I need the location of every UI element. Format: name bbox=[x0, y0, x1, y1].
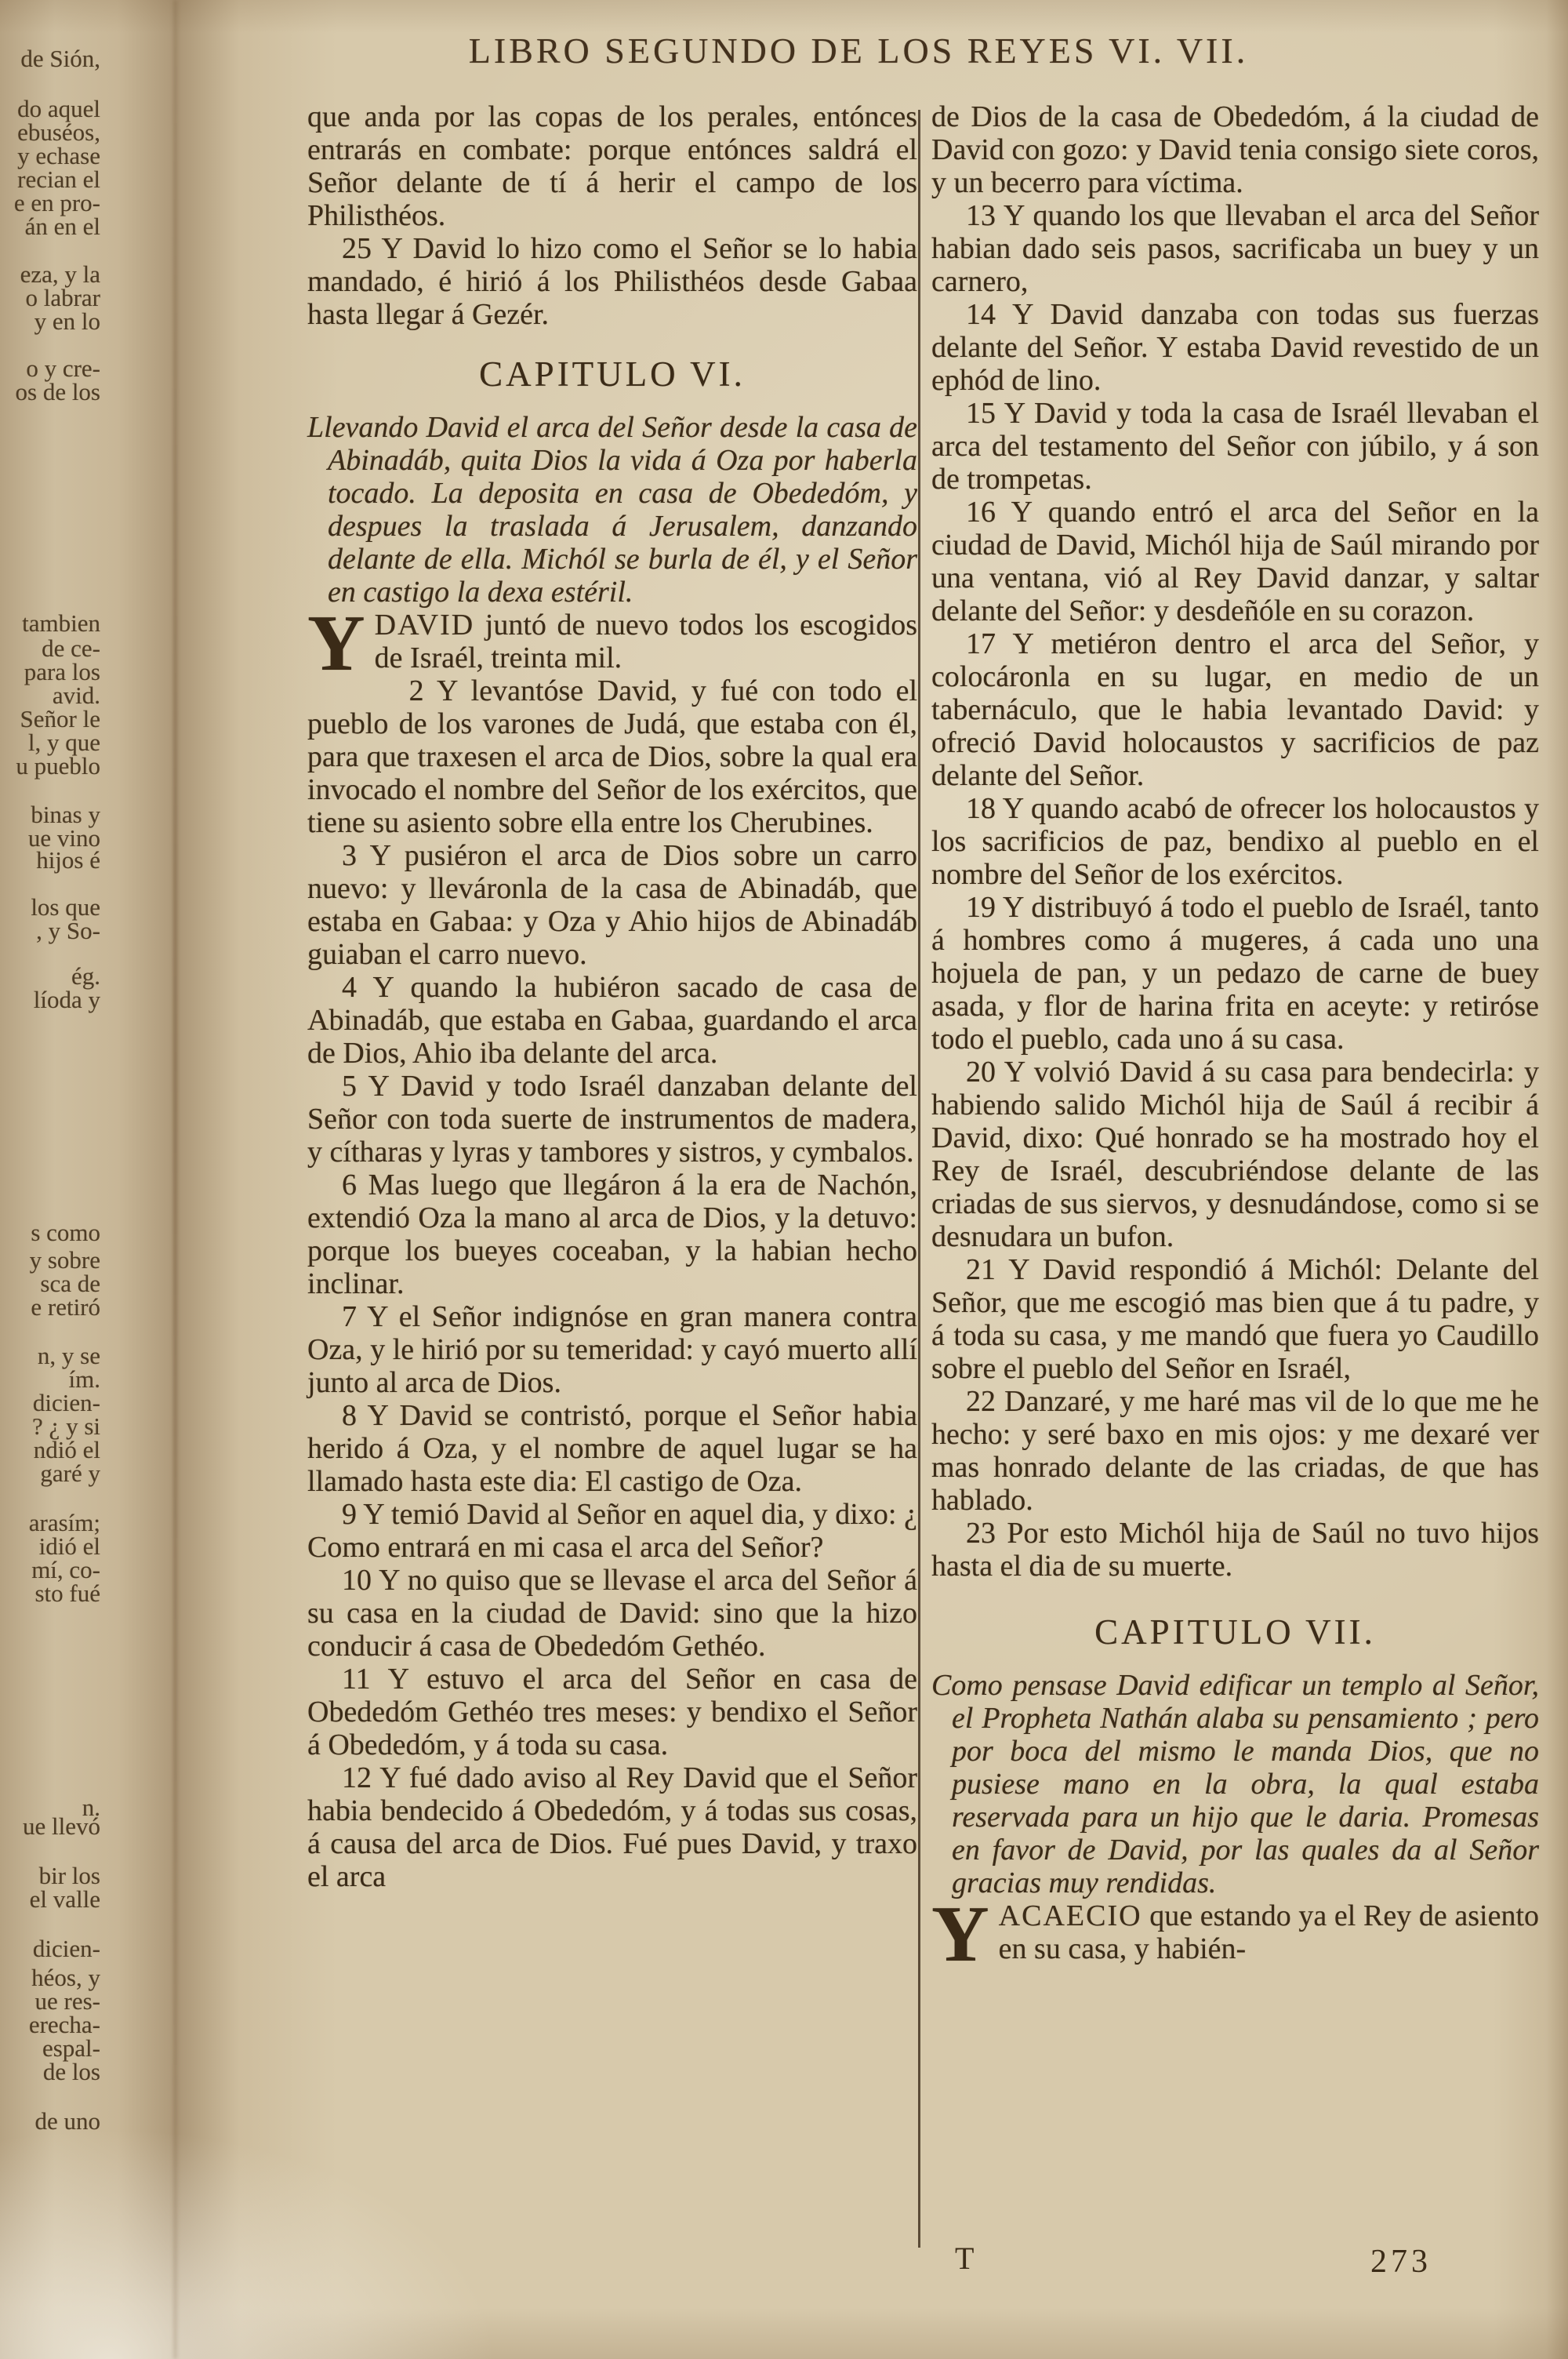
verse-paragraph: 5 Y David y todo Israél danzaban delante… bbox=[307, 1070, 917, 1169]
gutter-fragment: de uno bbox=[0, 2108, 100, 2135]
column-divider bbox=[918, 110, 920, 2248]
verse-paragraph: 4 Y quando la hubiéron sacado de casa de… bbox=[307, 971, 917, 1070]
verse-list: 2 Y levantóse David, y fué con todo el p… bbox=[307, 674, 917, 1893]
verse-paragraph: 16 Y quando entró el arca del Señor en l… bbox=[931, 496, 1539, 627]
verse-paragraph: 10 Y no quiso que se llevase el arca del… bbox=[307, 1564, 917, 1663]
opening-word: ACAECIO bbox=[999, 1899, 1142, 1932]
continuation-paragraph: de Dios de la casa de Obededóm, á la ciu… bbox=[931, 100, 1539, 199]
verse-paragraph: 8 Y David se contristó, porque el Señor … bbox=[307, 1399, 917, 1498]
gutter-fragment: e retiró bbox=[0, 1294, 100, 1321]
verse-paragraph: 20 Y volvió David á su casa para bendeci… bbox=[931, 1056, 1539, 1253]
verse-paragraph: 12 Y fué dado aviso al Rey David que el … bbox=[307, 1761, 917, 1893]
gutter-fragment: sto fué bbox=[0, 1580, 100, 1607]
signature-mark: T bbox=[955, 2240, 974, 2277]
gutter-fragment: s como bbox=[0, 1219, 100, 1246]
right-column: de Dios de la casa de Obededóm, á la ciu… bbox=[931, 100, 1539, 1967]
verse-list: 13 Y quando los que llevaban el arca del… bbox=[931, 199, 1539, 1583]
dropcap-initial: Y bbox=[307, 609, 375, 676]
verse-paragraph: 6 Mas luego que llegáron á la era de Nac… bbox=[307, 1169, 917, 1300]
verse-paragraph: 15 Y David y toda la casa de Israél llev… bbox=[931, 397, 1539, 496]
chapter-heading-vii: CAPITULO VII. bbox=[931, 1611, 1539, 1653]
continuation-paragraph: que anda por las copas de los perales, e… bbox=[307, 100, 917, 232]
verse-paragraph: 13 Y quando los que llevaban el arca del… bbox=[931, 199, 1539, 298]
gutter-fragment: de los bbox=[0, 2059, 100, 2085]
chapter-summary-vii: Como pensase David edificar un templo al… bbox=[931, 1669, 1539, 1899]
gutter-fragment: tambien bbox=[0, 610, 100, 637]
verse-paragraph: 21 Y David respondió á Michól: Delante d… bbox=[931, 1253, 1539, 1385]
verse-paragraph: 14 Y David danzaba con todas sus fuerzas… bbox=[931, 298, 1539, 397]
chapter-opening-vii: YACAECIO que estando ya el Rey de asient… bbox=[931, 1899, 1539, 1965]
running-header: LIBRO SEGUNDO DE LOS REYES VI. VII. bbox=[259, 30, 1458, 71]
verse-paragraph: 25 Y David lo hizo como el Señor se lo h… bbox=[307, 232, 917, 331]
verse-paragraph: 23 Por esto Michól hija de Saúl no tuvo … bbox=[931, 1517, 1539, 1583]
gutter-fragment: ue llevó bbox=[0, 1813, 100, 1840]
verse-paragraph: 17 Y metiéron dentro el arca del Señor, … bbox=[931, 627, 1539, 792]
gutter-fragment: de Sión, bbox=[0, 45, 100, 72]
dropcap-initial: Y bbox=[931, 1899, 999, 1967]
verse-paragraph: 19 Y distribuyó á todo el pueblo de Isra… bbox=[931, 891, 1539, 1056]
gutter-fragment: , y So- bbox=[0, 918, 100, 944]
chapter-summary-vi: Llevando David el arca del Señor desde l… bbox=[307, 411, 917, 609]
gutter-fragment: el valle bbox=[0, 1886, 100, 1913]
verse-list: 25 Y David lo hizo como el Señor se lo h… bbox=[307, 232, 917, 331]
verse-paragraph: 2 Y levantóse David, y fué con todo el p… bbox=[307, 674, 917, 839]
gutter-fragment: dicien- bbox=[0, 1936, 100, 1962]
gutter-fragment: u pueblo bbox=[0, 753, 100, 780]
gutter-fragment: garé y bbox=[0, 1460, 100, 1487]
page-number: 273 bbox=[1370, 2243, 1432, 2281]
chapter-opening-vi: YDAVID juntó de nuevo todos los escogido… bbox=[307, 609, 917, 674]
gutter-crease bbox=[173, 0, 177, 2359]
verse-paragraph: 18 Y quando acabó de ofrecer los holocau… bbox=[931, 792, 1539, 891]
verse-paragraph: 22 Danzaré, y me haré mas vil de lo que … bbox=[931, 1385, 1539, 1517]
gutter-fragment: líoda y bbox=[0, 987, 100, 1013]
verse-paragraph: 9 Y temió David al Señor en aquel dia, y… bbox=[307, 1498, 917, 1564]
opening-word: DAVID bbox=[375, 609, 475, 642]
gutter-fragment: os de los bbox=[0, 379, 100, 405]
left-column: que anda por las copas de los perales, e… bbox=[307, 100, 917, 1893]
verse-paragraph: 11 Y estuvo el arca del Señor en casa de… bbox=[307, 1663, 917, 1761]
verse-paragraph: 3 Y pusiéron el arca de Dios sobre un ca… bbox=[307, 839, 917, 971]
gutter-fragment: hijos é bbox=[0, 847, 100, 874]
gutter-fragment: án en el bbox=[0, 213, 100, 240]
chapter-heading-vi: CAPITULO VI. bbox=[307, 353, 917, 395]
book-page: de Sión,do aquelebuséos,y echaserecian e… bbox=[0, 0, 1568, 2359]
gutter-fragment: y en lo bbox=[0, 308, 100, 335]
verse-paragraph: 7 Y el Señor indignóse en gran manera co… bbox=[307, 1300, 917, 1399]
